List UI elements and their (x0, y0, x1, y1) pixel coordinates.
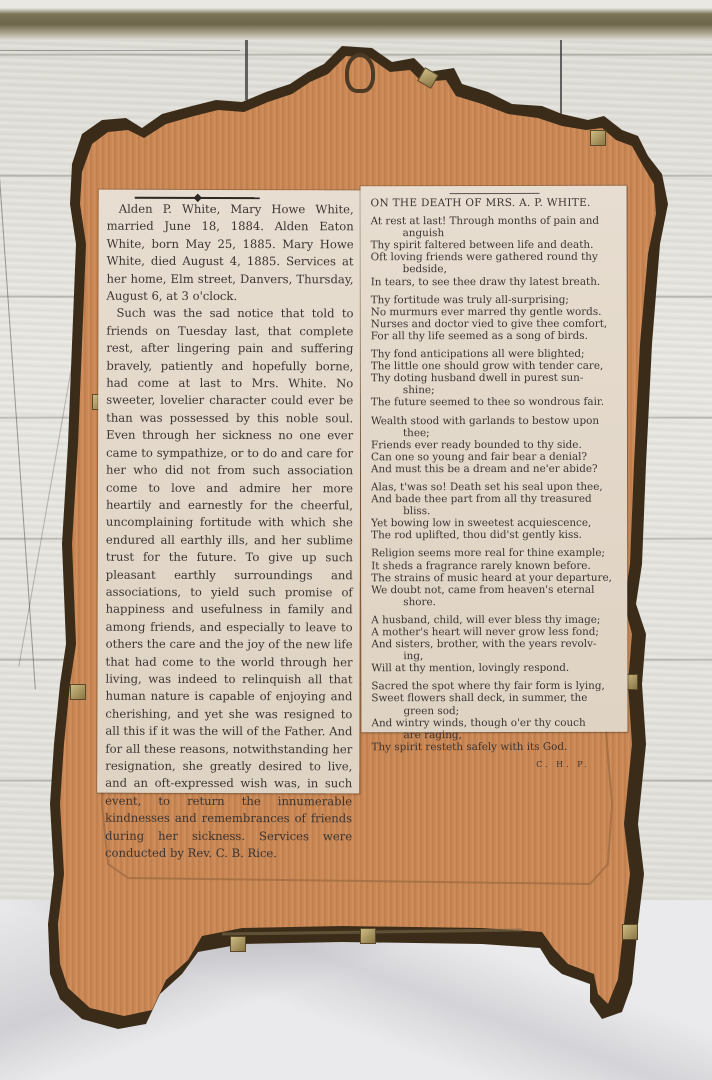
poem-line: A mother's heart will never grow less fo… (371, 626, 619, 639)
poem-line: Will at thy mention, lovingly respond. (371, 662, 619, 675)
poem-line: Thy spirit faltered between life and dea… (371, 239, 619, 252)
poem-line: Thy spirit resteth safely with its God. (371, 741, 619, 754)
metal-tab-icon (622, 924, 638, 940)
poem-line: Wealth stood with garlands to bestow upo… (371, 414, 619, 427)
poem-line: We doubt not, came from heaven's eternal (371, 584, 619, 597)
poem-signature: C. H. P. (372, 759, 620, 772)
poem-line: In tears, to see thee draw thy latest br… (371, 275, 619, 288)
poem-line: anguish (371, 227, 619, 240)
poem-line: ing, (371, 650, 619, 663)
metal-tab-icon (230, 936, 246, 952)
poem-line: A husband, child, will ever bless thy im… (371, 614, 619, 627)
poem-line: shine; (371, 384, 619, 397)
poem-line: And must this be a dream and ne'er abide… (371, 463, 619, 476)
poem-line: The little one should grow with tender c… (371, 360, 619, 373)
poem-line: Sweet flowers shall deck, in summer, the (371, 692, 619, 705)
poem-line: No murmurs ever marred thy gentle words. (371, 306, 619, 319)
poem-line: Sacred the spot where thy fair form is l… (371, 680, 619, 693)
poem-line: For all thy life seemed as a song of bir… (371, 330, 619, 343)
poem-line: shore. (371, 596, 619, 609)
poem-line: And wintry winds, though o'er thy couch (371, 716, 619, 729)
poem-line: And bade thee part from all thy treasure… (371, 493, 619, 506)
poem-line: The future seemed to thee so wondrous fa… (371, 396, 619, 409)
poem-line: Nurses and doctor vied to give thee comf… (371, 318, 619, 331)
poem-line: green sod; (371, 704, 619, 717)
poem-stanza: Wealth stood with garlands to bestow upo… (371, 414, 619, 475)
poem-stanza: At rest at last! Through months of pain … (371, 215, 619, 288)
decorative-rule (135, 197, 260, 199)
poem-body: At rest at last! Through months of pain … (371, 215, 620, 753)
poem-line: are raging, (371, 729, 619, 742)
poem-line: At rest at last! Through months of pain … (371, 215, 619, 228)
poem-stanza: Alas, t'was so! Death set his seal upon … (371, 481, 619, 542)
poem-stanza: Thy fortitude was truly all-surprising;N… (371, 293, 619, 342)
obituary-tribute: Such was the sad notice that told to fri… (105, 305, 353, 863)
poem-stanza: Thy fond anticipations all were blighted… (371, 348, 619, 409)
poem-line: Oft loving friends were gathered round t… (371, 251, 619, 264)
poem-line: The rod uplifted, thou did'st gently kis… (371, 529, 619, 542)
poem-title: ON THE DEATH OF MRS. A. P. WHITE. (371, 197, 619, 210)
poem-line: thee; (371, 426, 619, 439)
poem-line: Thy doting husband dwell in purest sun- (371, 372, 619, 385)
obituary-notice: Alden P. White, Mary Howe White, married… (106, 201, 353, 306)
poem-line: Alas, t'was so! Death set his seal upon … (371, 481, 619, 494)
poem-stanza: A husband, child, will ever bless thy im… (371, 614, 619, 675)
poem-clipping: ON THE DEATH OF MRS. A. P. WHITE. At res… (361, 186, 628, 732)
poem-stanza: Religion seems more real for thine examp… (371, 547, 619, 608)
hanging-ring (345, 53, 375, 93)
wall-plank-seam (0, 0, 712, 40)
poem-line: bliss. (371, 505, 619, 518)
poem-line: The strains of music heard at your depar… (371, 571, 619, 584)
metal-tab-icon (70, 684, 86, 700)
obituary-clipping: Alden P. White, Mary Howe White, married… (97, 190, 361, 794)
poem-line: Thy fond anticipations all were blighted… (371, 348, 619, 361)
poem-line: And sisters, brother, with the years rev… (371, 638, 619, 651)
poem-line: bedside, (371, 263, 619, 276)
poem-line: Friends ever ready bounded to thy side. (371, 438, 619, 451)
metal-tab-icon (360, 928, 376, 944)
metal-tab-icon (590, 130, 606, 146)
poem-line: Thy fortitude was truly all-surprising; (371, 293, 619, 306)
poem-line: Yet bowing low in sweetest acquiescence, (371, 517, 619, 530)
poem-line: It sheds a fragrance rarely known before… (371, 559, 619, 572)
decorative-rule (450, 193, 540, 194)
poem-line: Religion seems more real for thine examp… (371, 547, 619, 560)
poem-stanza: Sacred the spot where thy fair form is l… (371, 680, 619, 753)
poem-line: Can one so young and fair bear a denial? (371, 451, 619, 464)
